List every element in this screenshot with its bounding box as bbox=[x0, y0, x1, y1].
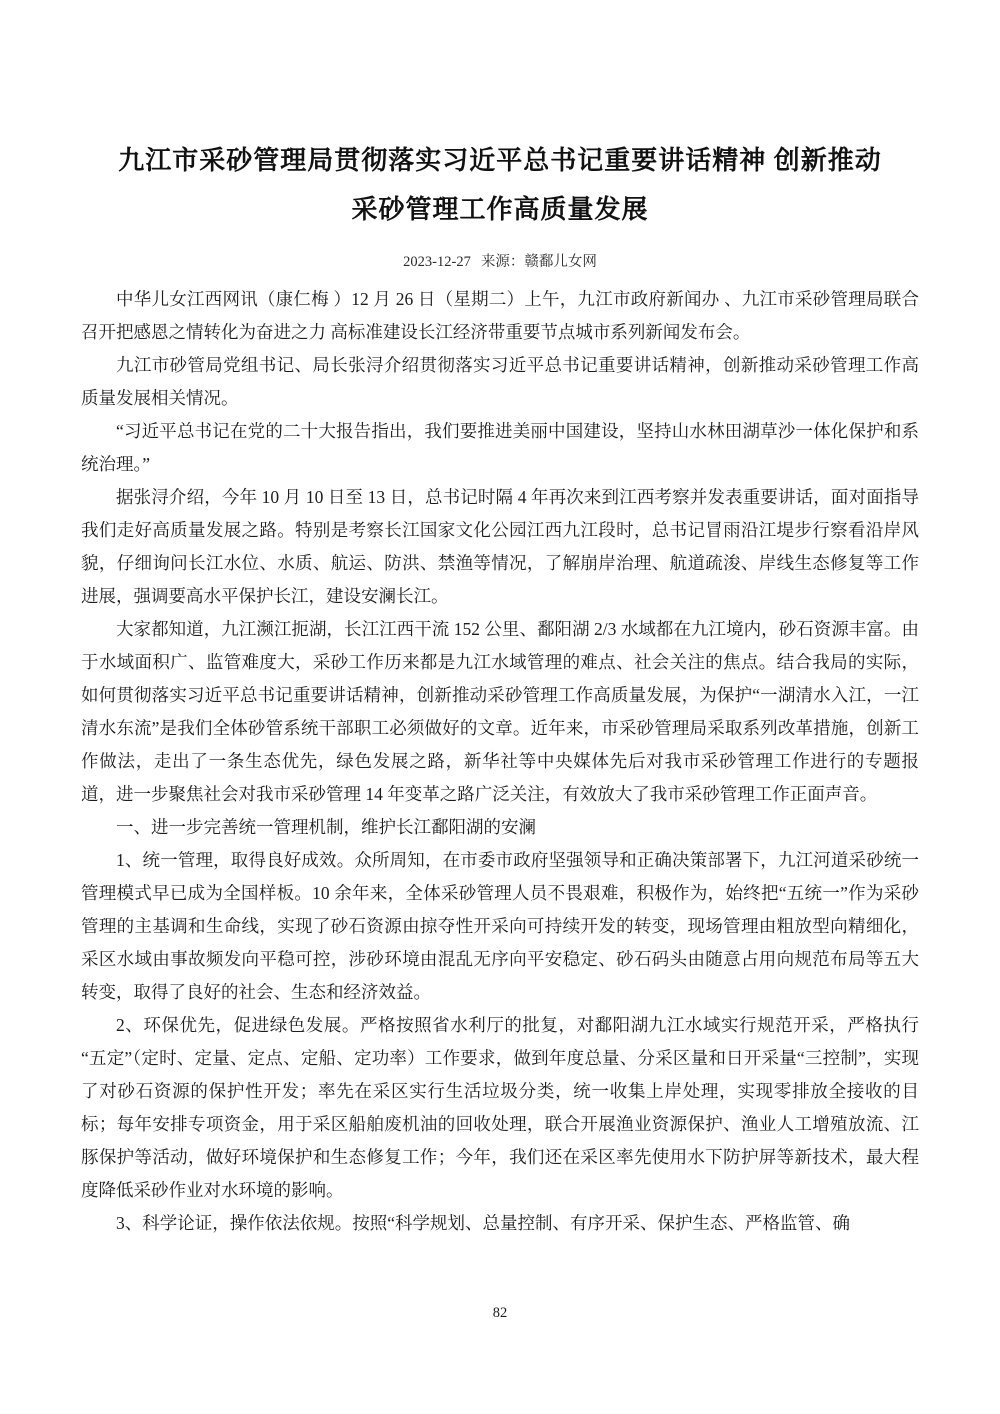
source-label: 来源：赣鄱儿女网 bbox=[481, 254, 597, 270]
document-page: 九江市采砂管理局贯彻落实习近平总书记重要讲话精神 创新推动 采砂管理工作高质量发… bbox=[0, 0, 1000, 1414]
title-line-1: 九江市采砂管理局贯彻落实习近平总书记重要讲话精神 创新推动 bbox=[81, 136, 919, 185]
document-title: 九江市采砂管理局贯彻落实习近平总书记重要讲话精神 创新推动 采砂管理工作高质量发… bbox=[81, 136, 919, 234]
document-content: 九江市采砂管理局贯彻落实习近平总书记重要讲话精神 创新推动 采砂管理工作高质量发… bbox=[0, 136, 1000, 1240]
paragraph: “习近平总书记在党的二十大报告指出，我们要推进美丽中国建设，坚持山水林田湖草沙一… bbox=[81, 415, 919, 481]
paragraph: 中华儿女江西网讯（康仁梅 ）12 月 26 日（星期二）上午，九江市政府新闻办 … bbox=[81, 283, 919, 349]
paragraph: 大家都知道，九江濒江扼湖，长江江西干流 152 公里、鄱阳湖 2/3 水域都在九… bbox=[81, 613, 919, 811]
article-body: 中华儿女江西网讯（康仁梅 ）12 月 26 日（星期二）上午，九江市政府新闻办 … bbox=[81, 283, 919, 1240]
paragraph: 3、科学论证，操作依法依规。按照“科学规划、总量控制、有序开采、保护生态、严格监… bbox=[81, 1207, 919, 1240]
page-number: 82 bbox=[0, 1305, 1000, 1322]
paragraph: 据张浔介绍，今年 10 月 10 日至 13 日，总书记时隔 4 年再次来到江西… bbox=[81, 481, 919, 613]
paragraph: 2、环保优先，促进绿色发展。严格按照省水利厅的批复，对鄱阳湖九江水域实行规范开采… bbox=[81, 1009, 919, 1207]
paragraph: 九江市砂管局党组书记、局长张浔介绍贯彻落实习近平总书记重要讲话精神，创新推动采砂… bbox=[81, 349, 919, 415]
section-heading: 一、进一步完善统一管理机制，维护长江鄱阳湖的安澜 bbox=[81, 811, 919, 844]
paragraph: 1、统一管理，取得良好成效。众所周知，在市委市政府坚强领导和正确决策部署下，九江… bbox=[81, 844, 919, 1009]
meta-line: 2023-12-27来源：赣鄱儿女网 bbox=[81, 250, 919, 271]
publish-date: 2023-12-27 bbox=[403, 254, 471, 270]
title-line-2: 采砂管理工作高质量发展 bbox=[81, 185, 919, 234]
